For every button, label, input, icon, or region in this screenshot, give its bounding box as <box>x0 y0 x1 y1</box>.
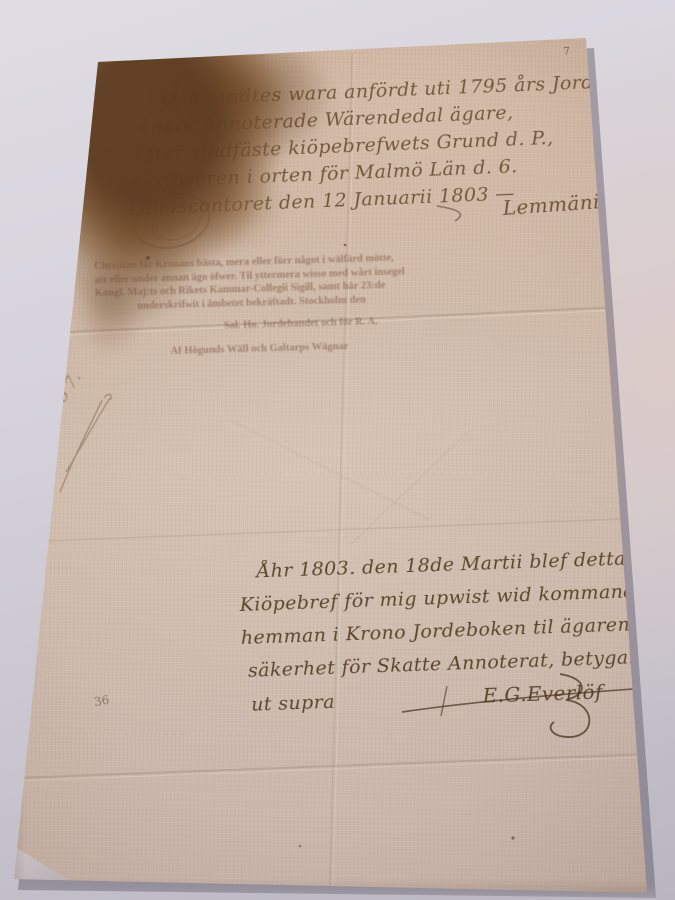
margin-note: No 7. <box>44 368 86 418</box>
handwriting-line: Åhr 1803. den 18de Martii blef detta <box>256 542 647 589</box>
clerk-signature: Lemmänin <box>502 188 614 220</box>
handwriting-line: säkerhet för Skatte Annoterat, betygar <box>247 641 650 688</box>
ink-stain <box>52 30 352 330</box>
bleed-line: Sal. Ho. Jordebandet och för R. A. <box>224 309 606 333</box>
ink-flourishes <box>0 0 675 900</box>
corner-fold <box>14 843 70 881</box>
handwriting-line: ägare Annoterade Wärendedal ägare, <box>138 94 653 142</box>
page-number: 7 <box>563 45 571 58</box>
top-handwriting-block: Och fandtes wara anfördt uti 1795 års Jo… <box>123 67 657 223</box>
bleed-line: att eller under annan ägo öfwer. Til ytt… <box>94 259 604 287</box>
ink-stain-tail <box>74 250 164 380</box>
handwriting-line: Och fandtes wara anfördt uti 1795 års Jo… <box>161 67 652 114</box>
notary-signature: E.G.Everlöf <box>482 675 603 712</box>
bleed-line: Kongl. Maj:ts och Rikets Kammar-Collegii… <box>95 273 605 301</box>
bleed-line: Af Högunds Wäll och Galtarps Wägnar <box>170 332 606 358</box>
handwriting-line: Kiöpebref för mig upwist wid kommande <box>239 575 648 622</box>
document-photo: Christian får Kronans bästa, mera eller … <box>0 0 675 900</box>
bottom-handwriting-block: Åhr 1803. den 18de Martii blef detta Kiö… <box>238 542 652 722</box>
closing-phrase: ut supra <box>251 686 336 722</box>
paper-sheet: Christian får Kronans bästa, mera eller … <box>0 0 675 900</box>
pencil-number: 36 <box>93 693 110 709</box>
handwriting-line: efter stadfäste kiöpebrefwets Grund d. P… <box>135 121 654 169</box>
printed-bleed-block: Christian får Kronans bästa, mera eller … <box>94 246 607 360</box>
bleed-line: Christian får Kronans bästa, mera eller … <box>94 246 604 274</box>
crease-lines <box>0 0 675 900</box>
bleed-line: underskrifwit i ämbetet bekräftadt. Stoc… <box>137 286 605 313</box>
handwriting-line: skrifweren i orten för Malmö Län d. 6. <box>132 148 655 196</box>
handwriting-line: Landscontoret den 12 Januarii 1803 — <box>127 175 656 223</box>
handwriting-line: hemman i Krono Jordeboken til ägarens <box>240 608 649 655</box>
